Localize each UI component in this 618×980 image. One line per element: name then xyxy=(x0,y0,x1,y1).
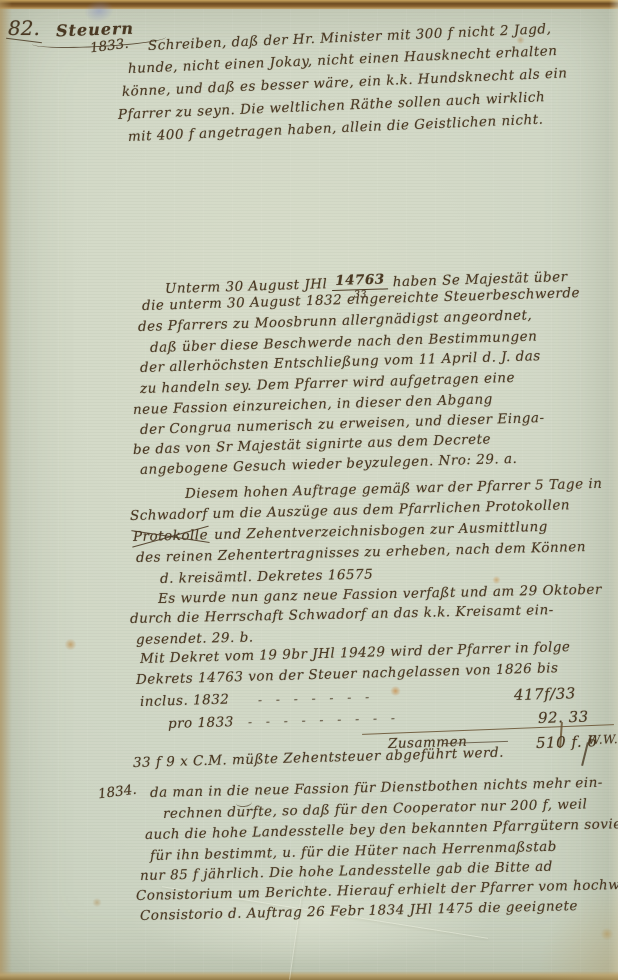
handwriting-line: durch die Herrschaft Schwadorf an das k.… xyxy=(130,604,554,626)
account-row-label: pro 1833 xyxy=(168,716,234,731)
fox-stain xyxy=(492,576,501,584)
leader-dashes: - - - - - - - xyxy=(258,691,375,706)
margin-year-1833: 1833. xyxy=(89,36,129,57)
handwriting-line: d. kreisämtl. Dekretes 16575 xyxy=(160,569,374,587)
struck-word: Protokolle xyxy=(133,527,209,545)
account-row-amount: 417f/33 xyxy=(514,686,576,703)
margin-year-1834: 1834. xyxy=(97,782,137,803)
fox-stain xyxy=(64,639,77,650)
handwriting-line: angebogene Gesuch wieder beyzulegen. Nro… xyxy=(140,453,518,478)
manuscript-page: 82. Steuern 1833. Schreiben, daß der Hr.… xyxy=(0,0,618,980)
account-row-label: inclus. 1832 xyxy=(140,694,230,710)
handwriting-line: des reinen Zehentertragnisses zu erheben… xyxy=(136,541,586,565)
page-number: 82. xyxy=(8,16,40,40)
account-row-amount: 92. 33 xyxy=(538,710,589,726)
line-text: und Zehentverzeichnisbogen zur Ausmittlu… xyxy=(214,521,548,543)
page-edge-right xyxy=(609,0,618,980)
page-edge-left xyxy=(0,0,12,980)
fox-stain xyxy=(390,686,401,696)
sum-currency: W.W. xyxy=(588,733,618,746)
handwriting-line: gesendet. 29. b. xyxy=(136,632,254,648)
registry-number-top: 14763 xyxy=(332,273,388,290)
leader-dashes: - - - - - - - - - xyxy=(248,712,400,728)
handwriting-line: Dekrets 14763 von der Steuer nachgelasse… xyxy=(136,662,559,687)
handwriting-line: 33 f 9 x C.M. müßte Zehentsteuer abgefüh… xyxy=(133,747,504,771)
fox-stain xyxy=(92,898,102,907)
